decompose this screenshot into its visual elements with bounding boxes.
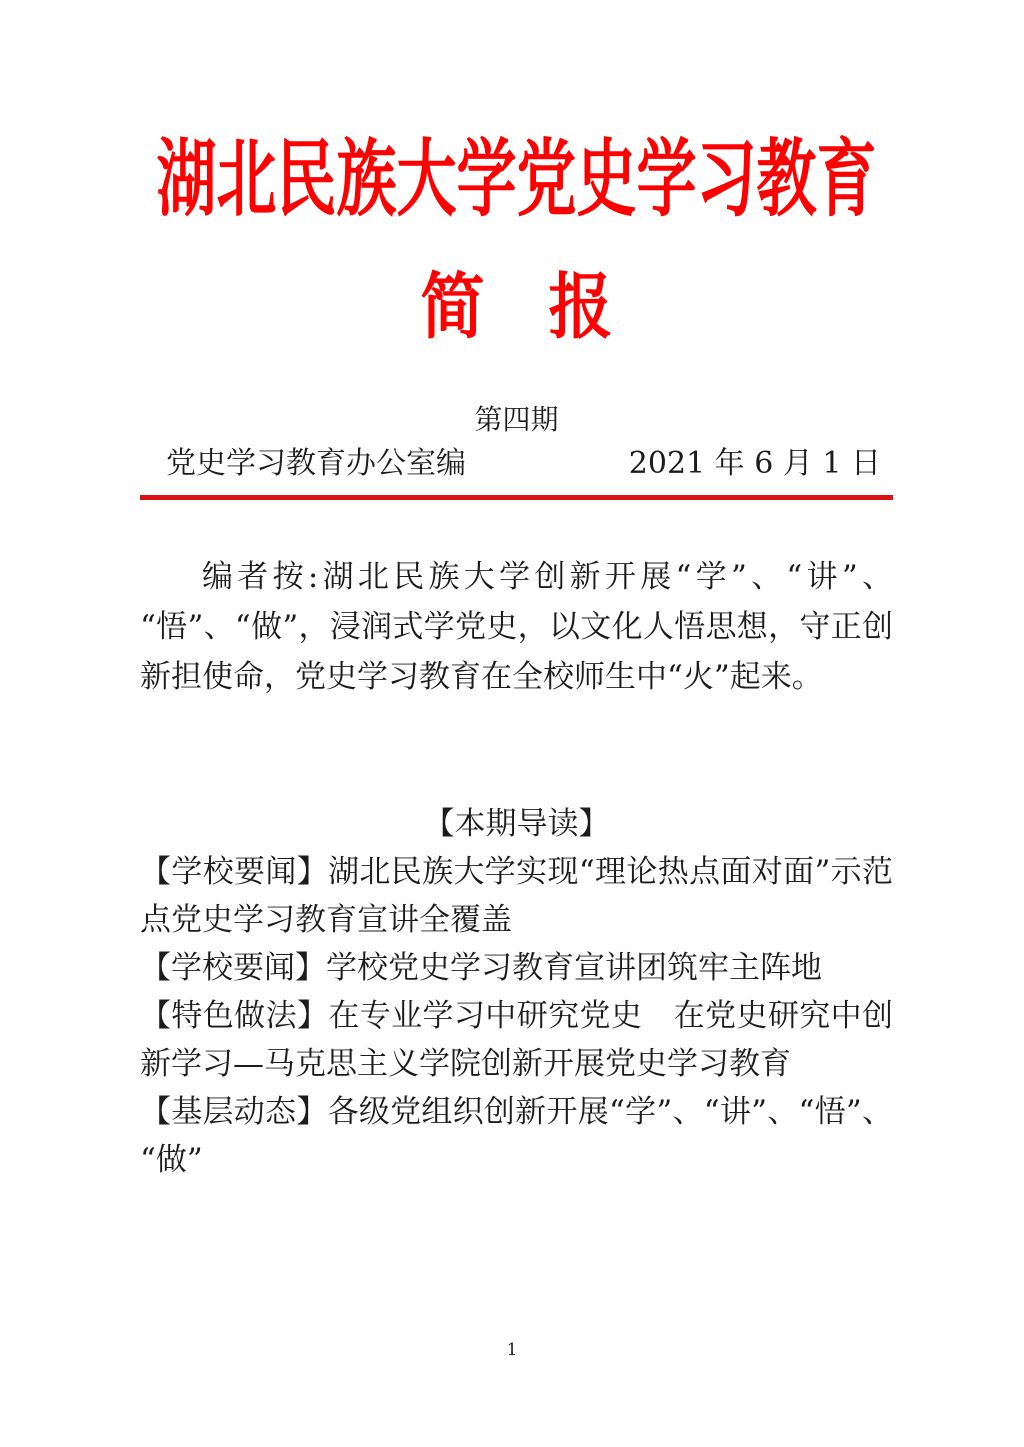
guide-heading: 【本期导读】 xyxy=(140,800,893,848)
guide-item-special-practice: 【特色做法】在专业学习中研究党史 在党史研究中创新学习—马克思主义学院创新开展党… xyxy=(140,992,893,1088)
guide-item-school-news-1: 【学校要闻】湖北民族大学实现“理论热点面对面”示范点党史学习教育宣讲全覆盖 xyxy=(140,848,893,944)
issue-number: 第四期 xyxy=(140,403,893,437)
document-page: 湖北民族大学党史学习教育 简 报 第四期 党史学习教育办公室编 2021 年 6… xyxy=(0,0,1024,1447)
page-number: 1 xyxy=(0,1339,1024,1361)
editor-credit: 党史学习教育办公室编 xyxy=(166,445,466,483)
guide-list: 【学校要闻】湖北民族大学实现“理论热点面对面”示范点党史学习教育宣讲全覆盖 【学… xyxy=(140,848,893,1184)
subtitle: 简 报 xyxy=(140,272,893,344)
guide-item-school-news-2: 【学校要闻】学校党史学习教育宣讲团筑牢主阵地 xyxy=(140,944,893,992)
header-rule xyxy=(140,495,893,500)
guide-item-grassroots: 【基层动态】各级党组织创新开展“学”、“讲”、“悟”、“做” xyxy=(140,1088,893,1184)
editor-note: 编者按:湖北民族大学创新开展“学”、“讲”、“悟”、“做”，浸润式学党史，以文化… xyxy=(140,552,893,702)
issue-date: 2021 年 6 月 1 日 xyxy=(629,445,881,483)
masthead-info: 党史学习教育办公室编 2021 年 6 月 1 日 xyxy=(140,445,893,483)
main-title: 湖北民族大学党史学习教育 xyxy=(140,138,893,222)
